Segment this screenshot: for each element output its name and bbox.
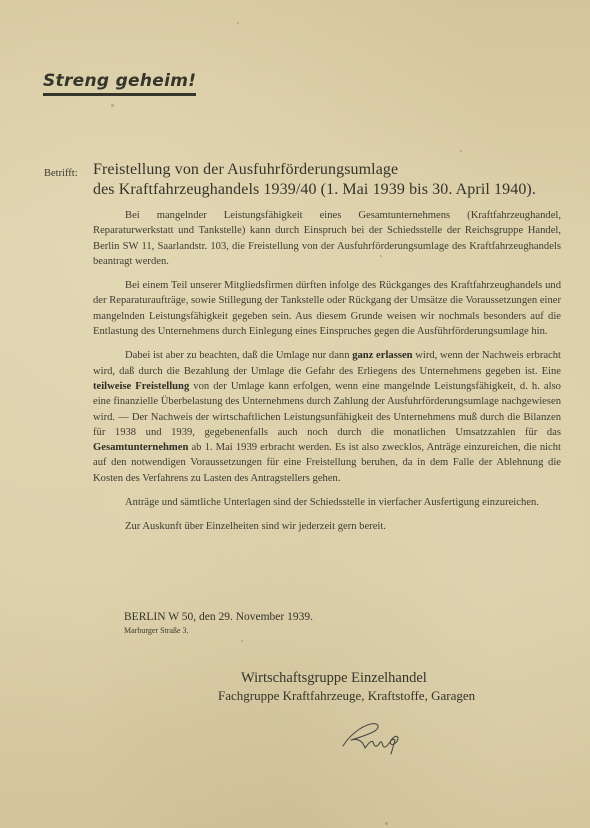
emphasis-ganz-erlassen: ganz erlassen xyxy=(352,350,412,361)
emphasis-gesamtunternehmen: Gesamtunternehmen xyxy=(93,442,188,453)
paper-speck xyxy=(460,150,462,152)
department-name: Fachgruppe Kraftfahrzeuge, Kraftstoffe, … xyxy=(218,688,475,704)
subject-line-2: des Kraftfahrzeughandels 1939/40 (1. Mai… xyxy=(93,180,536,200)
place-and-date: BERLIN W 50, den 29. November 1939. xyxy=(124,611,313,623)
paper-speck xyxy=(385,822,388,825)
paragraph-4: Anträge und sämtliche Unterlagen sind de… xyxy=(93,495,561,510)
document-page: Streng geheim! Betrifft: Freistellung vo… xyxy=(0,0,590,828)
signature-icon xyxy=(335,718,415,756)
paragraph-1: Bei mangelnder Leistungsfähigkeit eines … xyxy=(93,208,561,269)
paper-speck xyxy=(241,640,243,642)
street-address: Marburger Straße 3. xyxy=(124,626,189,635)
paragraph-2: Bei einem Teil unserer Mitgliedsfirmen d… xyxy=(93,278,561,339)
subject-heading: Freistellung von der Ausfuhrförderungsum… xyxy=(93,160,536,200)
emphasis-teilweise-freistellung: teilweise Freistellung xyxy=(93,381,189,392)
classification-stamp: Streng geheim! xyxy=(43,71,196,96)
paragraph-5: Zur Auskunft über Einzelheiten sind wir … xyxy=(93,519,561,534)
paragraph-3-text: Dabei ist aber zu beachten, daß die Umla… xyxy=(125,350,352,361)
subject-label: Betrifft: xyxy=(44,168,78,179)
handwritten-signature: Reuß xyxy=(335,718,415,756)
letter-body: Bei mangelnder Leistungsfähigkeit eines … xyxy=(93,208,561,544)
paper-speck xyxy=(237,22,239,24)
organization-name: Wirtschaftsgruppe Einzelhandel xyxy=(241,670,427,687)
paragraph-3: Dabei ist aber zu beachten, daß die Umla… xyxy=(93,348,561,486)
paper-speck xyxy=(111,104,114,107)
subject-line-1: Freistellung von der Ausfuhrförderungsum… xyxy=(93,160,536,180)
